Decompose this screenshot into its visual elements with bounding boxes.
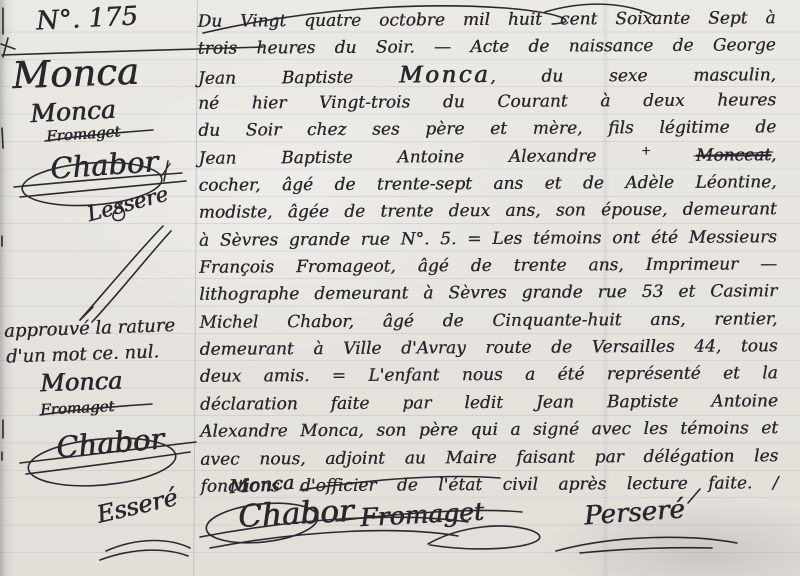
- body-line-5: du Soir chez ses père et mère, fils légi…: [198, 115, 776, 146]
- body-line-13: demeurant à Ville d'Avray route de Versa…: [200, 333, 778, 364]
- margin-signature2-monca: Monca: [40, 367, 123, 398]
- body-line-11: lithographe demeurant à Sèvres grande ru…: [199, 279, 777, 310]
- body-line-10: François Fromageot, âgé de trente ans, I…: [199, 251, 777, 282]
- body-line-9: à Sèvres grande rue N°. 5. = Les témoins…: [199, 224, 777, 255]
- rature-line-suffix: ,: [771, 145, 777, 165]
- name-line-suffix: , du sexe masculin,: [490, 65, 776, 87]
- rature-line-prefix: Jean Baptiste Antoine Alexandre: [198, 146, 596, 168]
- act-body-text: Du Vingt quatre octobre mil huit cent So…: [198, 5, 779, 501]
- footer-signature-chabor: Chabor: [237, 493, 354, 535]
- body-line-17: avec nous, adjoint au Maire faisant par …: [200, 443, 778, 474]
- body-line-1: Du Vingt quatre octobre mil huit cent So…: [198, 5, 776, 36]
- record-number: N°. 175: [35, 1, 138, 36]
- struck-word: Monceat: [696, 145, 771, 165]
- body-line-2: trois heures du Soir. — Acte de naissanc…: [198, 33, 776, 64]
- body-line-7: cocher, âgé de trente-sept ans et de Adè…: [199, 169, 777, 200]
- body-line-3: Jean Baptiste Monca, du sexe masculin,: [198, 60, 776, 91]
- child-surname: Monca: [399, 62, 490, 89]
- footer-signature-monca: Monca: [228, 472, 294, 498]
- register-scan-page: N°. 175 Monca Monca Fromaget Chabor Less…: [0, 0, 800, 576]
- body-line-16: Alexandre Monca, son père qui a signé av…: [200, 415, 778, 446]
- renvoi-cross-mark: +: [641, 143, 651, 157]
- body-line-8: modiste, âgée de trente deux ans, son ép…: [199, 197, 777, 228]
- body-line-15: déclaration faite par ledit Jean Baptist…: [200, 388, 778, 419]
- body-line-12: Michel Chabor, âgé de Cinquante-huit ans…: [199, 306, 777, 337]
- margin-signature-monca-large: Monca: [11, 50, 139, 97]
- body-line-6: Jean Baptiste Antoine Alexandre + Moncea…: [198, 142, 776, 173]
- body-line-14: deux amis. = L'enfant nous a été représe…: [200, 361, 778, 392]
- body-line-4: né hier Vingt-trois du Courant à deux he…: [198, 87, 776, 118]
- name-line-prefix: Jean Baptiste: [198, 67, 399, 88]
